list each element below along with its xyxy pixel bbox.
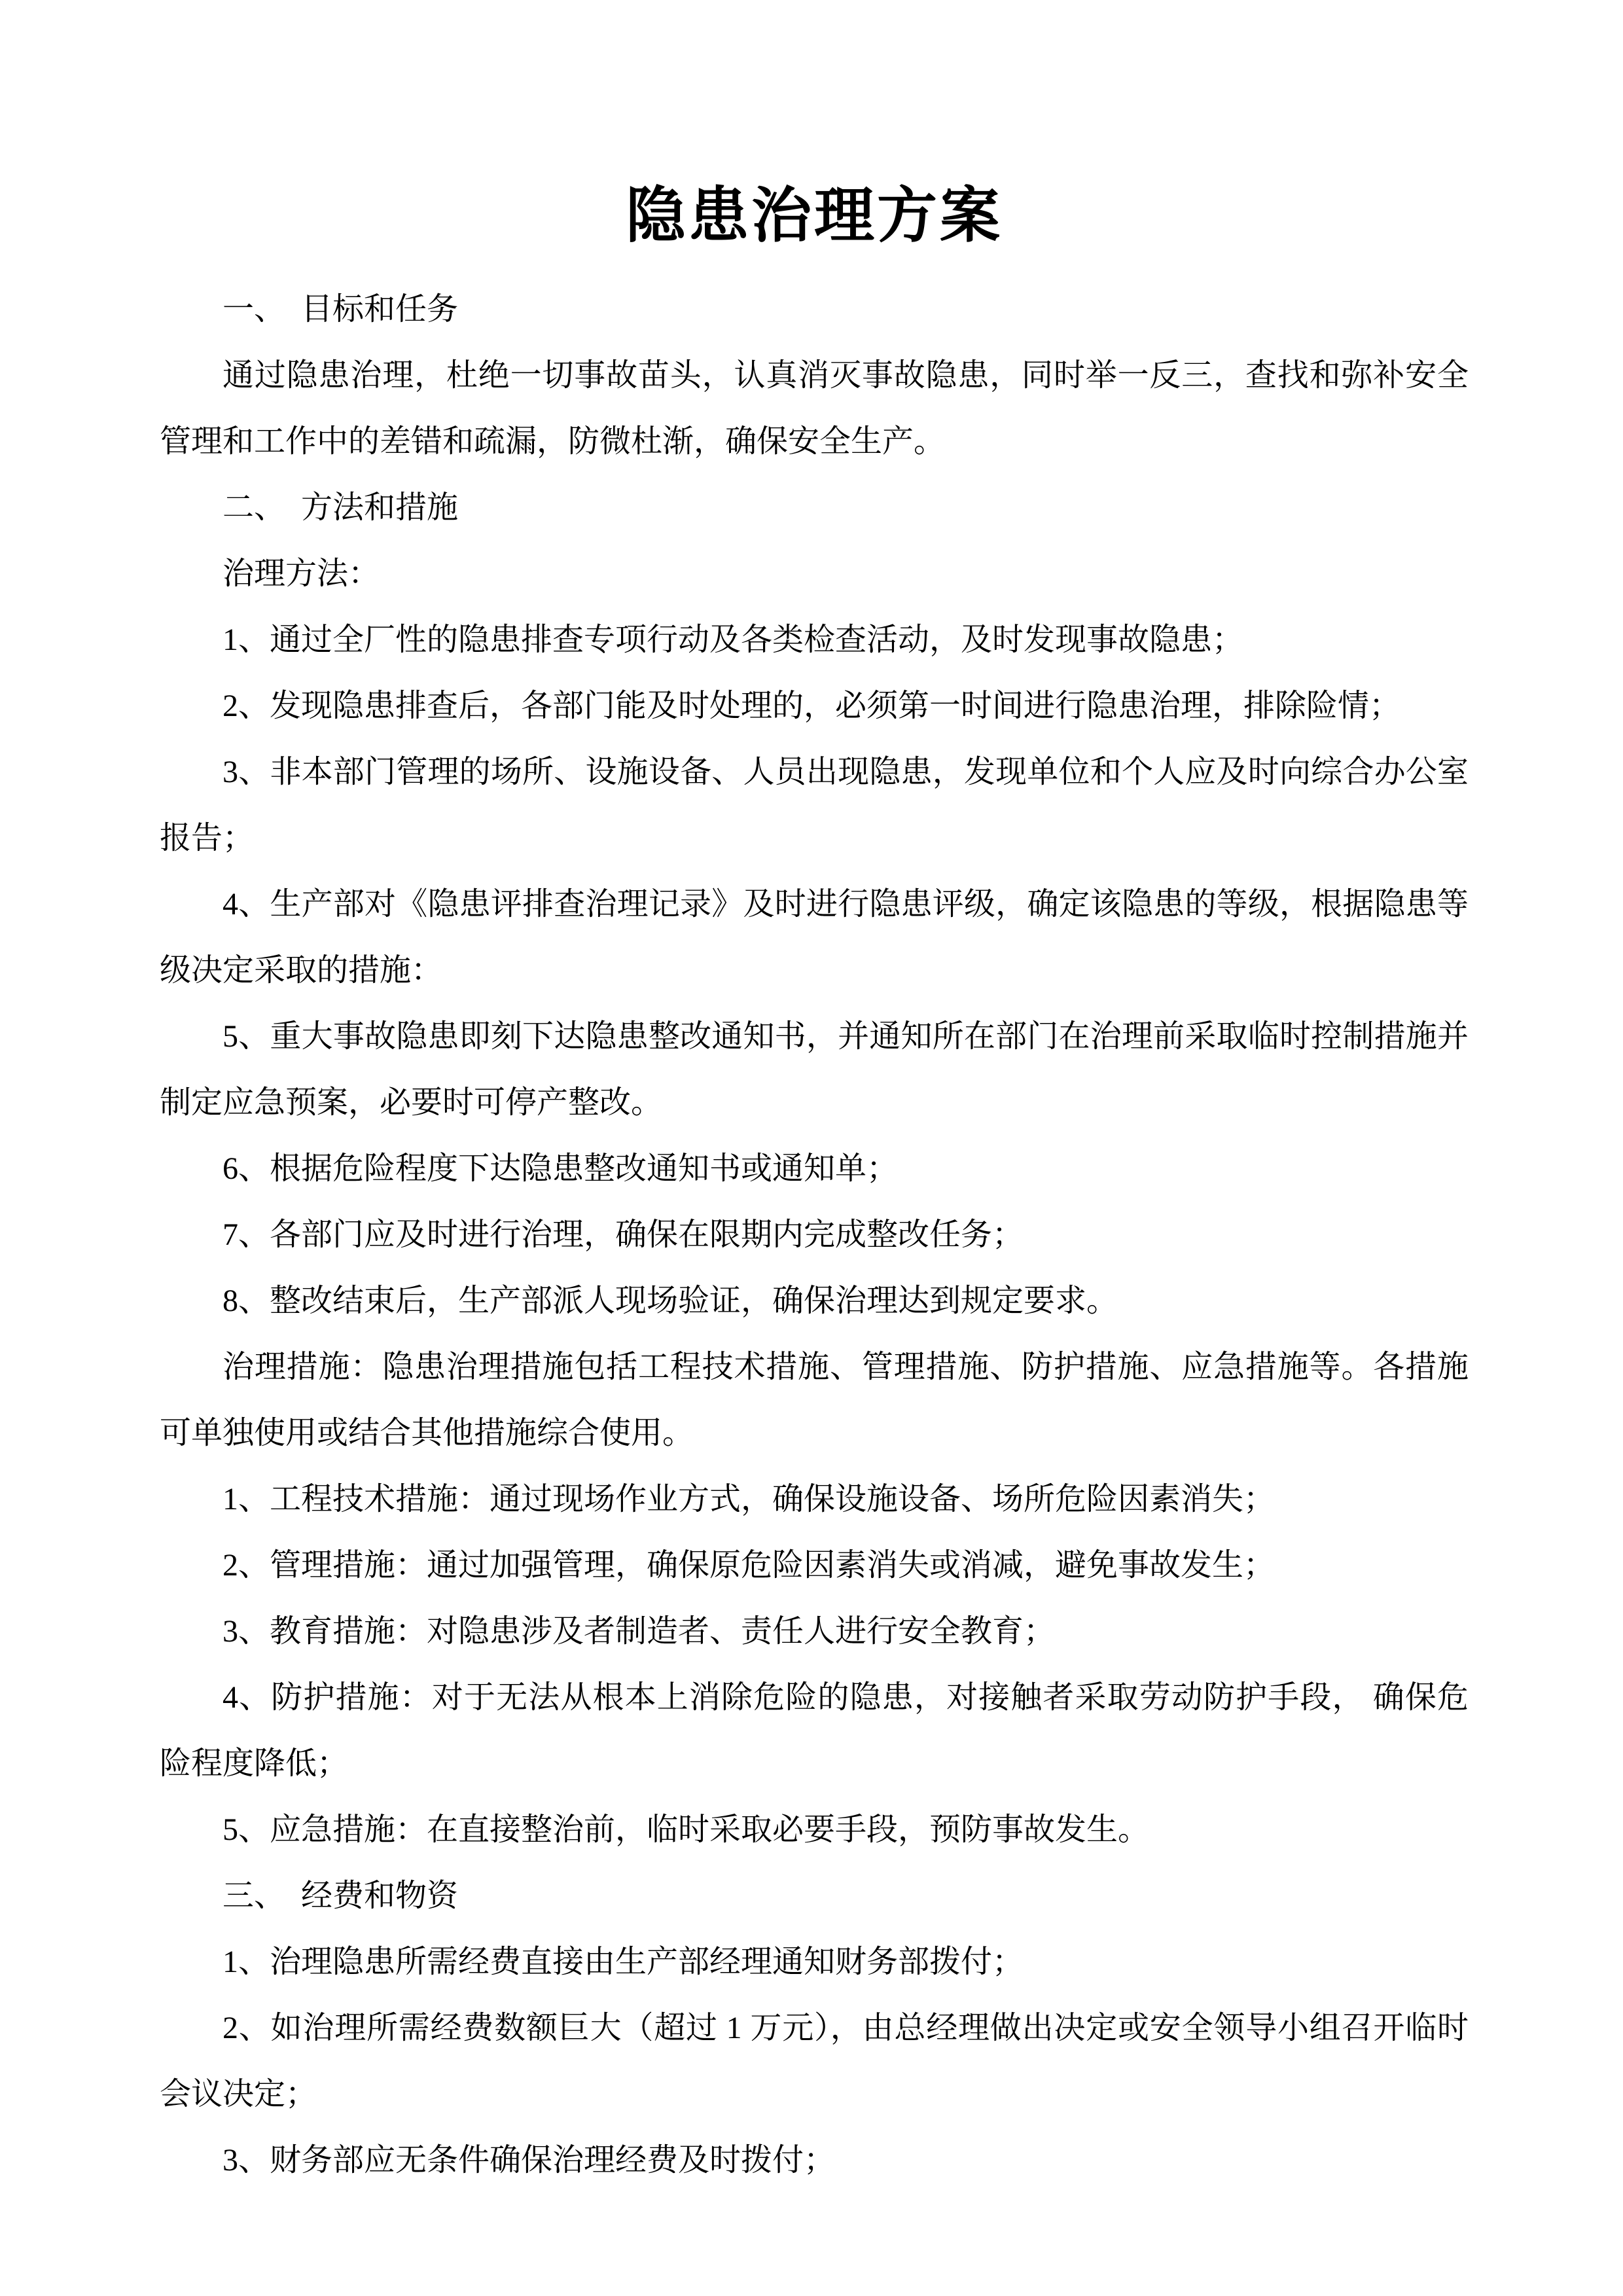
paragraph: 治理措施：隐患治理措施包括工程技术措施、管理措施、防护措施、应急措施等。各措施可…	[160, 1334, 1469, 1466]
paragraph: 1、治理隐患所需经费直接由生产部经理通知财务部拨付；	[160, 1929, 1469, 1995]
paragraph: 2、管理措施：通过加强管理，确保原危险因素消失或消减，避免事故发生；	[160, 1532, 1469, 1598]
paragraph: 4、生产部对《隐患评排查治理记录》及时进行隐患评级，确定该隐患的等级，根据隐患等…	[160, 871, 1469, 1003]
paragraph: 3、非本部门管理的场所、设施设备、人员出现隐患，发现单位和个人应及时向综合办公室…	[160, 739, 1469, 871]
paragraph: 1、工程技术措施：通过现场作业方式，确保设施设备、场所危险因素消失；	[160, 1466, 1469, 1532]
paragraph: 通过隐患治理，杜绝一切事故苗头，认真消灭事故隐患，同时举一反三，查找和弥补安全管…	[160, 342, 1469, 475]
paragraph: 2、如治理所需经费数额巨大（超过 1 万元），由总经理做出决定或安全领导小组召开…	[160, 1995, 1469, 2127]
paragraph: 6、根据危险程度下达隐患整改通知书或通知单；	[160, 1136, 1469, 1202]
document-title: 隐患治理方案	[160, 170, 1469, 262]
document-body: 一、 目标和任务通过隐患治理，杜绝一切事故苗头，认真消灭事故隐患，同时举一反三，…	[160, 276, 1469, 2193]
section-heading: 二、 方法和措施	[160, 475, 1469, 541]
paragraph: 治理方法：	[160, 541, 1469, 607]
paragraph: 2、发现隐患排查后，各部门能及时处理的，必须第一时间进行隐患治理，排除险情；	[160, 673, 1469, 739]
paragraph: 7、各部门应及时进行治理，确保在限期内完成整改任务；	[160, 1202, 1469, 1268]
paragraph: 3、教育措施：对隐患涉及者制造者、责任人进行安全教育；	[160, 1598, 1469, 1664]
paragraph: 5、应急措施：在直接整治前，临时采取必要手段，预防事故发生。	[160, 1797, 1469, 1863]
paragraph: 4、防护措施：对于无法从根本上消除危险的隐患，对接触者采取劳动防护手段， 确保危…	[160, 1664, 1469, 1797]
paragraph: 3、财务部应无条件确保治理经费及时拨付；	[160, 2127, 1469, 2193]
paragraph: 5、重大事故隐患即刻下达隐患整改通知书，并通知所在部门在治理前采取临时控制措施并…	[160, 1003, 1469, 1136]
section-heading: 一、 目标和任务	[160, 276, 1469, 342]
paragraph: 8、整改结束后，生产部派人现场验证，确保治理达到规定要求。	[160, 1268, 1469, 1334]
document-page: 隐患治理方案 一、 目标和任务通过隐患治理，杜绝一切事故苗头，认真消灭事故隐患，…	[0, 0, 1623, 2296]
section-heading: 三、 经费和物资	[160, 1863, 1469, 1929]
paragraph: 1、通过全厂性的隐患排查专项行动及各类检查活动，及时发现事故隐患；	[160, 607, 1469, 673]
